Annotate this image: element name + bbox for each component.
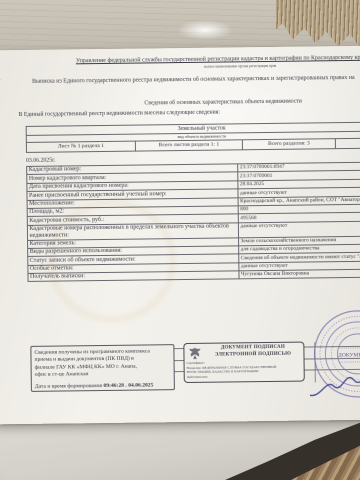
field-value: 23:37:0709001:8947 bbox=[238, 163, 360, 172]
field-value: Земли сельскохозяйственного назначения bbox=[239, 236, 360, 245]
esign-details: Сертификат: Владелец: ФЕДЕРАЛЬНАЯ СЛУЖБА… bbox=[187, 360, 302, 380]
photo-of-egrn-extract: { "doc": { "authority": "Управление феде… bbox=[0, 0, 360, 480]
origin-line: офис в ст-це Анапская bbox=[35, 370, 172, 379]
generation-label: Дата и время формирования bbox=[35, 383, 102, 390]
round-ink-stamp: ДОКУМЕНТОВ bbox=[309, 303, 360, 408]
esign-header-2: ЭЛЕКТРОННОЙ ПОДПИСЬЮ bbox=[204, 351, 301, 359]
double-eagle-emblem-icon bbox=[188, 347, 201, 360]
egrn-extract-document: Управление федеральной службы государств… bbox=[0, 46, 360, 425]
generation-value: 09:46:28 . 04.06.2025 bbox=[103, 382, 153, 389]
fields-table: Кадастровый номер:23:37:0709001:8947 Ном… bbox=[26, 162, 360, 283]
field-label: Кадастровые номера расположенных в преде… bbox=[28, 223, 239, 240]
document-content: Управление федеральной службы государств… bbox=[0, 46, 360, 425]
field-label: Получатель выписки: bbox=[28, 271, 239, 281]
field-value: для садоводства и огородничества bbox=[239, 245, 360, 254]
origin-info-box: Сведения получены из программного компле… bbox=[30, 344, 175, 392]
esign-validity: Действителен: bbox=[187, 373, 302, 379]
field-value: 800 bbox=[238, 205, 360, 214]
stamp-center-text: ДОКУМЕНТОВ bbox=[338, 352, 360, 358]
esignature-stamp-box: ДОКУМЕНТ ПОДПИСАН ЭЛЕКТРОННОЙ ПОДПИСЬЮ С… bbox=[183, 342, 304, 383]
sheet-cell: Лист № 1 раздела 1 bbox=[27, 142, 136, 152]
generation-datetime: Дата и время формирования 09:46:28 . 04.… bbox=[35, 382, 172, 391]
field-value: Краснодарский кр., Анапский район, СОТ "… bbox=[238, 196, 360, 205]
field-value: 28.04.2025 bbox=[238, 179, 360, 188]
authority-subcaption: полное наименование органа регистрации п… bbox=[140, 63, 340, 69]
sheet-cell: Всего листов раздела 1: 1 bbox=[136, 140, 243, 150]
sheet-cell: Всего разделов: 3 bbox=[243, 139, 336, 149]
section-title: Сведения об основных характеристиках объ… bbox=[144, 99, 302, 107]
intro-line: В Единый государственный реестр недвижим… bbox=[18, 109, 220, 117]
pen-mark bbox=[0, 76, 3, 90]
registration-date: 03.06.2025г. bbox=[26, 158, 55, 164]
field-value: 23:37:0709001 bbox=[238, 171, 360, 180]
object-type-table: Земельный участок вид объекта недвижимос… bbox=[26, 122, 360, 153]
field-value: Чугунова Оксана Викторовна bbox=[239, 270, 360, 279]
document-title: Выписка из Единого государственного реес… bbox=[32, 75, 355, 85]
field-value: данные отсутствуют bbox=[238, 221, 360, 237]
field-value: данные отсутствуют bbox=[238, 188, 360, 197]
field-value: Сведения об объекте недвижимости имеют с… bbox=[239, 253, 360, 262]
field-value: 495568 bbox=[238, 213, 360, 222]
field-value: данные отсутствуют bbox=[239, 261, 360, 270]
sheet-cell-empty bbox=[336, 139, 360, 149]
